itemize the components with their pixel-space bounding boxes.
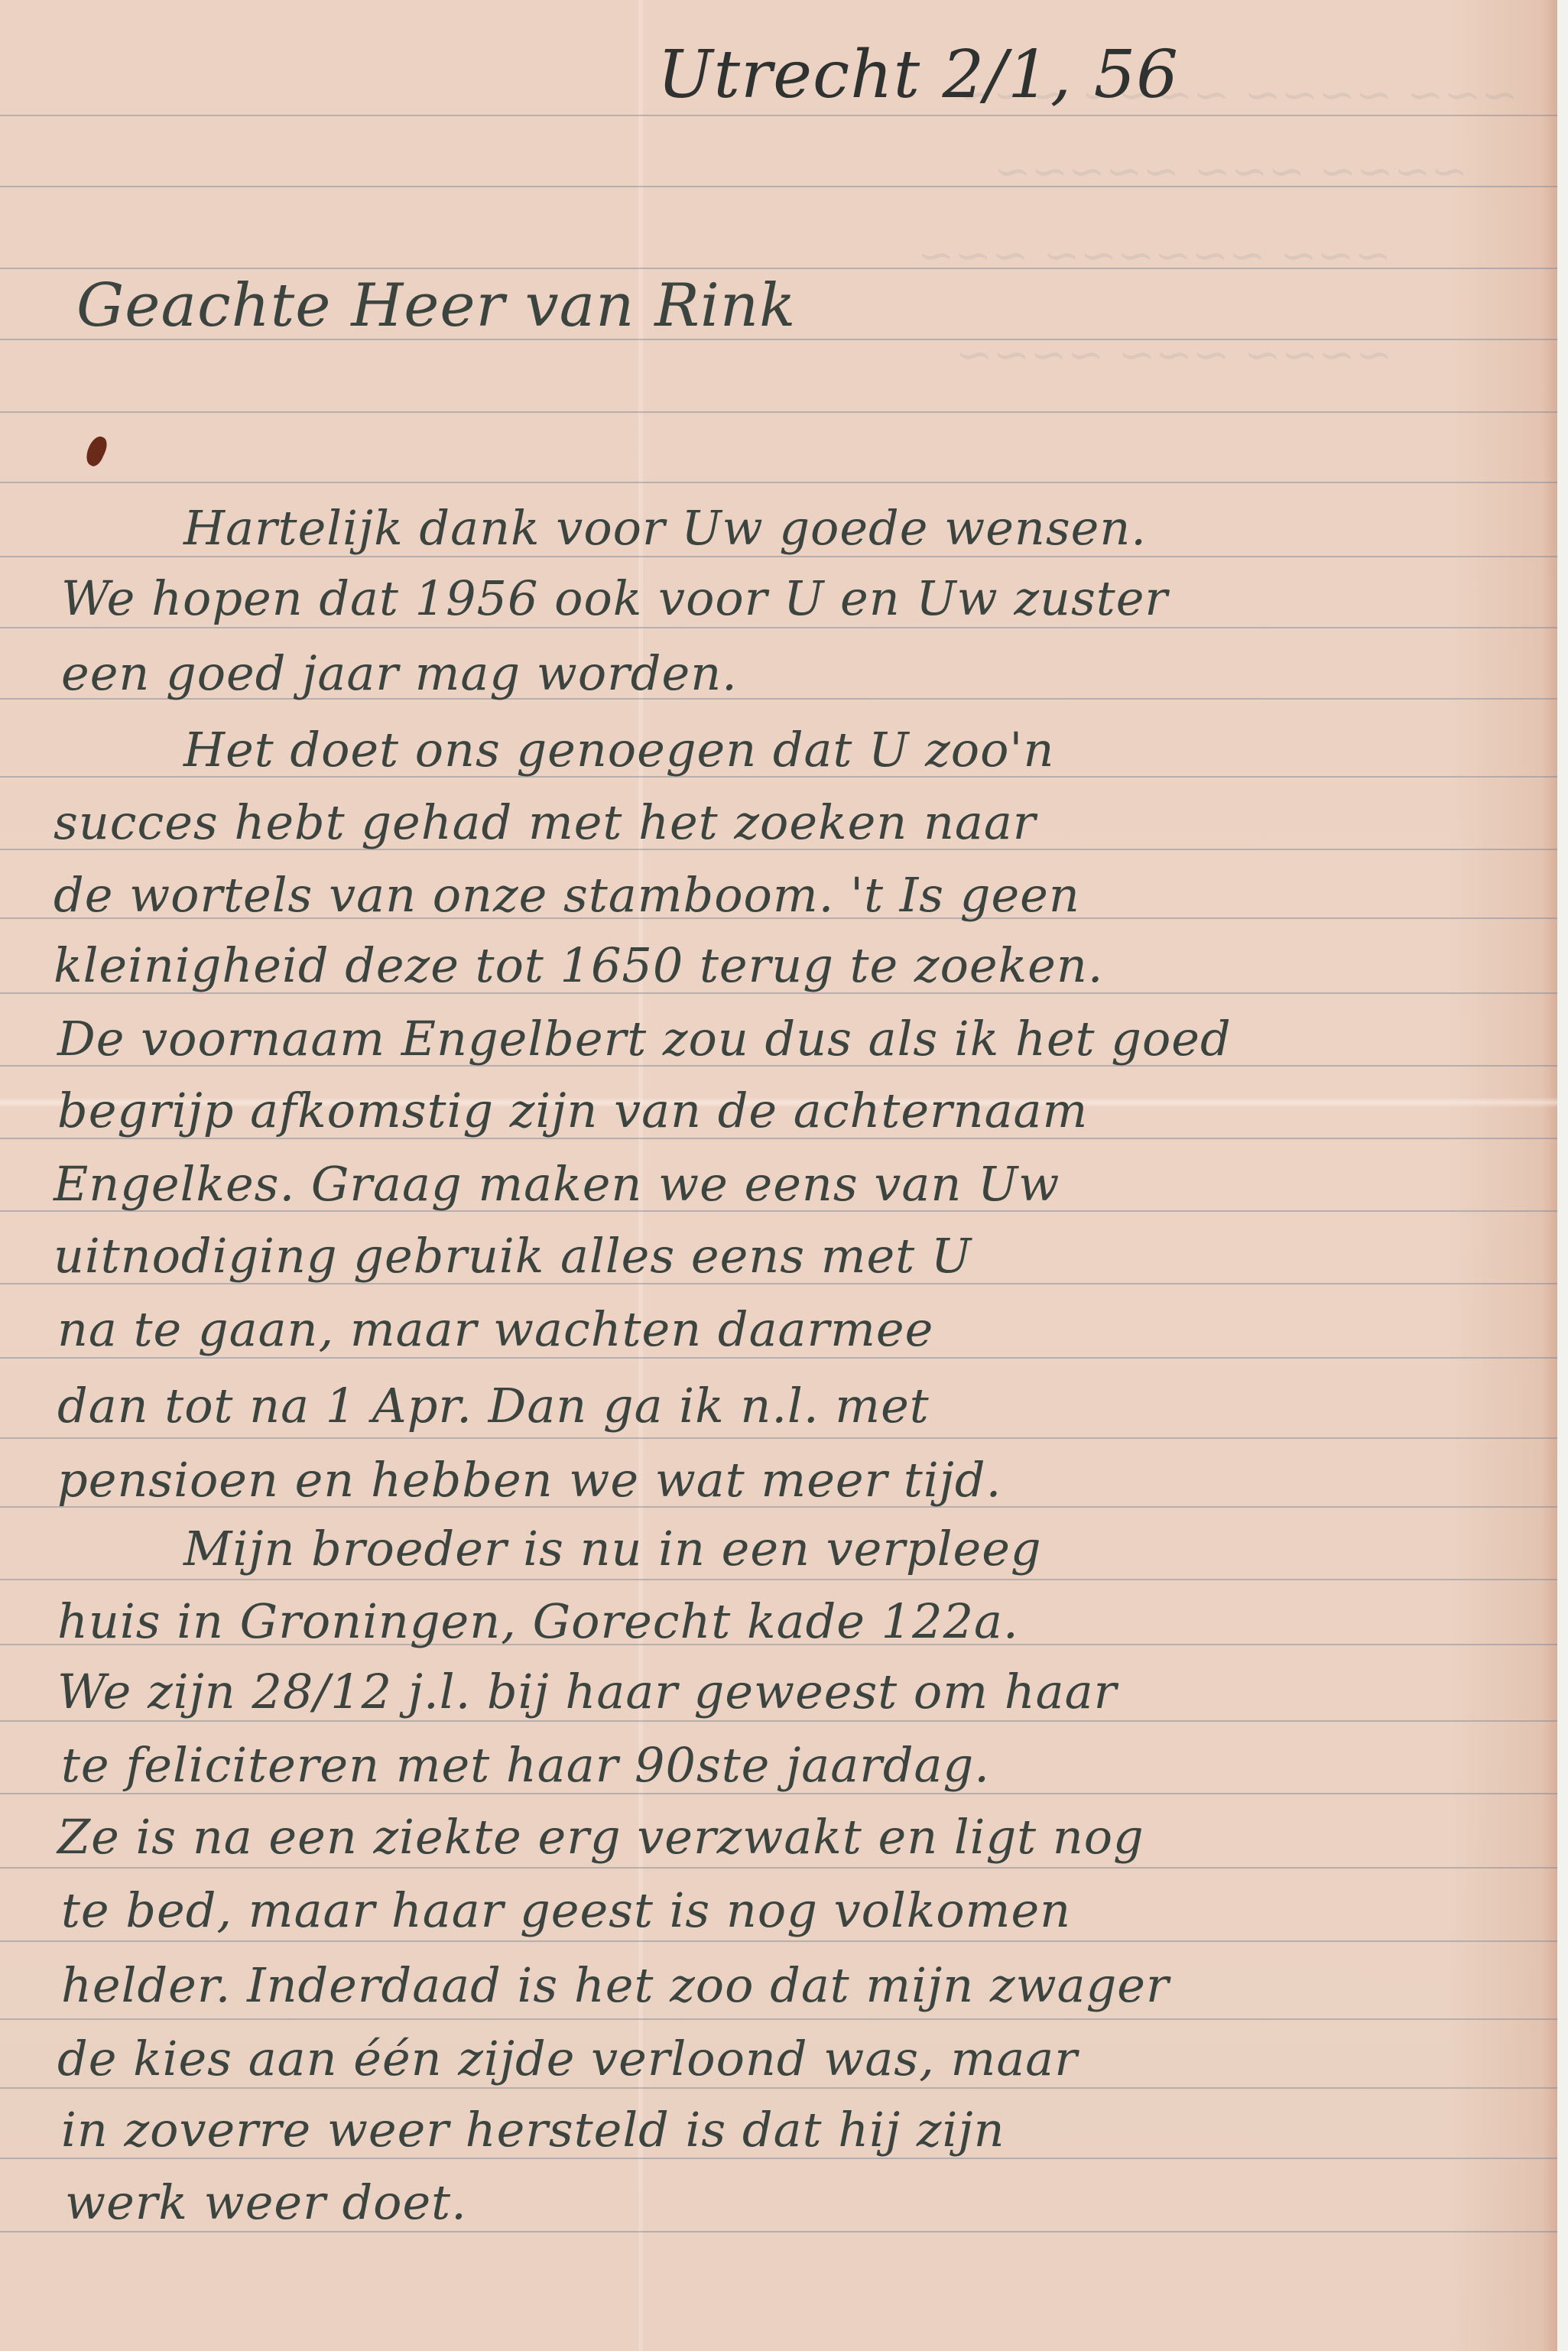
body-line: Het doet ons genoegen dat U zoo'n (183, 726, 1054, 774)
ruled-line (0, 2087, 1557, 2089)
bleed-through-text: ~~~~ ~~~ ~~~~ (956, 329, 1392, 381)
ruled-line (0, 482, 1557, 483)
ruled-line (0, 1940, 1557, 1942)
ruled-line (0, 1793, 1557, 1794)
body-line: We zijn 28/12 j.l. bij haar geweest om h… (57, 1668, 1117, 1716)
ruled-line (0, 411, 1557, 413)
ruled-line (0, 627, 1557, 628)
body-line: succes hebt gehad met het zoeken naar (54, 799, 1036, 846)
ruled-line (0, 2231, 1557, 2232)
ruled-line (0, 268, 1557, 269)
body-line: Mijn broeder is nu in een verpleeg (183, 1525, 1042, 1573)
ruled-line (0, 115, 1557, 116)
bleed-through-text: ~~~ ~~~~~~ ~~~ (917, 229, 1391, 281)
bleed-through-text: ~~~~ ~~~ ~~~~~ (994, 145, 1468, 197)
body-line: een goed jaar mag worden. (61, 650, 738, 697)
body-line: pensioen en hebben we wat meer tijd. (57, 1456, 1002, 1504)
body-line: helder. Inderdaad is het zoo dat mijn zw… (61, 1962, 1170, 2009)
ruled-line (0, 1357, 1557, 1359)
ruled-line (0, 2018, 1557, 2020)
body-line: kleinigheid deze tot 1650 terug te zoeke… (54, 942, 1104, 989)
body-line: Ze is na een ziekte erg verzwakt en ligt… (57, 1814, 1144, 1861)
body-line: begrijp afkomstig zijn van de achternaam (57, 1087, 1088, 1135)
body-line: De voornaam Engelbert zou dus als ik het… (57, 1015, 1232, 1063)
body-line: dan tot na 1 Apr. Dan ga ik n.l. met (57, 1382, 930, 1430)
body-line: Engelkes. Graag maken we eens van Uw (54, 1161, 1060, 1208)
ruled-line (0, 1579, 1557, 1580)
body-line: na te gaan, maar wachten daarmee (57, 1306, 933, 1353)
ruled-line (0, 186, 1557, 187)
body-line: uitnodiging gebruik alles eens met U (54, 1232, 972, 1280)
body-line: Hartelijk dank voor Uw goede wensen. (183, 505, 1147, 552)
body-line: de kies aan één zijde verloond was, maar (57, 2035, 1078, 2083)
ruled-line (0, 1867, 1557, 1869)
body-line: de wortels van onze stamboom. 't Is geen (54, 872, 1080, 919)
body-line: te feliciteren met haar 90ste jaardag. (61, 1742, 990, 1789)
body-line: werk weer doet. (65, 2179, 467, 2226)
body-line: te bed, maar haar geest is nog volkomen (61, 1887, 1071, 1934)
salutation: Geachte Heer van Rink (76, 271, 796, 340)
ink-stain (83, 434, 111, 469)
ruled-line (0, 556, 1557, 557)
letter-page: ~~~ ~~~~ ~~~~ ~~~ ~~~~ ~~~ ~~~~~ ~~~ ~~~… (0, 0, 1557, 2351)
ruled-line (0, 1720, 1557, 1722)
body-line: in zoverre weer hersteld is dat hij zijn (61, 2106, 1005, 2154)
body-line: We hopen dat 1956 ook voor U en Uw zuste… (61, 575, 1168, 622)
place-date: Utrecht 2/1, 56 (657, 37, 1179, 113)
body-line: huis in Groningen, Gorecht kade 122a. (57, 1598, 1019, 1645)
ruled-line (0, 2158, 1557, 2159)
ruled-line (0, 1437, 1557, 1439)
